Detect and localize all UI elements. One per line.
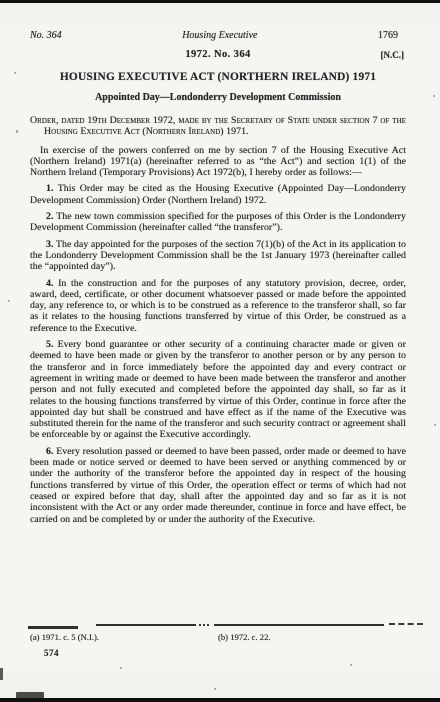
- header-order-number: No. 364: [30, 30, 62, 41]
- article-1: 1. This Order may be cited as the Housin…: [30, 183, 406, 206]
- document-page: No. 364 Housing Executive 1769 1972. No.…: [0, 0, 440, 702]
- scan-speck: [120, 667, 122, 669]
- header-running-title: Housing Executive: [182, 30, 257, 41]
- article-4-text: In the construction and for the purposes…: [30, 278, 406, 334]
- scan-speck: [433, 95, 435, 97]
- article-2: 2. The new town commission specified for…: [30, 211, 406, 234]
- footnote-rule-segment: [214, 624, 384, 626]
- article-5-number: 5.: [46, 339, 54, 350]
- header-page-number: 1769: [378, 30, 406, 41]
- footnote-rule-segment: [28, 626, 78, 629]
- article-3: 3. The day appointed for the purposes of…: [30, 239, 406, 273]
- scan-edge-left: [0, 668, 3, 680]
- enacting-clause: In exercise of the powers conferred on m…: [30, 145, 406, 179]
- scan-speck: [214, 688, 216, 690]
- footnote-a-text: 1971. c. 5 (N.I.).: [42, 632, 99, 642]
- charge-mark: [N.C.]: [381, 50, 405, 60]
- article-4-number: 4.: [46, 278, 54, 289]
- footnote-b-text: 1972. c. 22.: [230, 632, 270, 642]
- footnote-a-label: (a): [30, 632, 40, 642]
- footnotes: (a) 1971. c. 5 (N.I.). (b) 1972. c. 22.: [30, 632, 420, 642]
- act-title: HOUSING EXECUTIVE ACT (NORTHERN IRELAND)…: [30, 71, 406, 83]
- article-1-number: 1.: [46, 183, 54, 194]
- order-preamble: Order, dated 19th December 1972, made by…: [30, 115, 406, 138]
- footnote-b-label: (b): [218, 632, 228, 642]
- article-2-text: The new town commission specified for th…: [30, 211, 406, 233]
- scan-speck: [434, 424, 436, 426]
- article-2-number: 2.: [46, 211, 54, 222]
- scan-edge-bottom: [0, 698, 440, 702]
- running-header: No. 364 Housing Executive 1769: [30, 30, 406, 41]
- article-6: 6. Every resolution passed or deemed to …: [30, 446, 406, 525]
- signature-mark: 574: [44, 648, 59, 658]
- article-3-text: The day appointed for the purposes of th…: [30, 239, 406, 273]
- scan-speck: [350, 664, 352, 666]
- footnote-a: (a) 1971. c. 5 (N.I.).: [30, 632, 99, 642]
- scan-speck: [14, 72, 16, 74]
- scan-edge-top: [0, 0, 440, 3]
- article-3-number: 3.: [46, 239, 54, 250]
- article-1-text: This Order may be cited as the Housing E…: [30, 183, 406, 205]
- article-5: 5. Every bond guarantee or other securit…: [30, 339, 406, 441]
- footnote-rule-segment: [389, 623, 423, 625]
- article-4: 4. In the construction and for the purpo…: [30, 278, 406, 334]
- order-subtitle: Appointed Day—Londonderry Development Co…: [30, 92, 406, 103]
- page-content: No. 364 Housing Executive 1769 1972. No.…: [30, 30, 406, 525]
- article-6-text: Every resolution passed or deemed to hav…: [30, 446, 406, 525]
- footnote-rule-segment: [199, 624, 209, 626]
- article-5-text: Every bond guarantee or other security o…: [30, 339, 406, 440]
- header-year-and-number: 1972. No. 364: [185, 49, 250, 60]
- footnote-b: (b) 1972. c. 22.: [218, 632, 271, 642]
- scan-speck: [16, 130, 18, 133]
- footnote-rule-segment: [96, 624, 196, 626]
- scan-speck: [8, 300, 10, 302]
- header-year-line: 1972. No. 364 [N.C.]: [30, 49, 406, 60]
- article-6-number: 6.: [46, 446, 54, 457]
